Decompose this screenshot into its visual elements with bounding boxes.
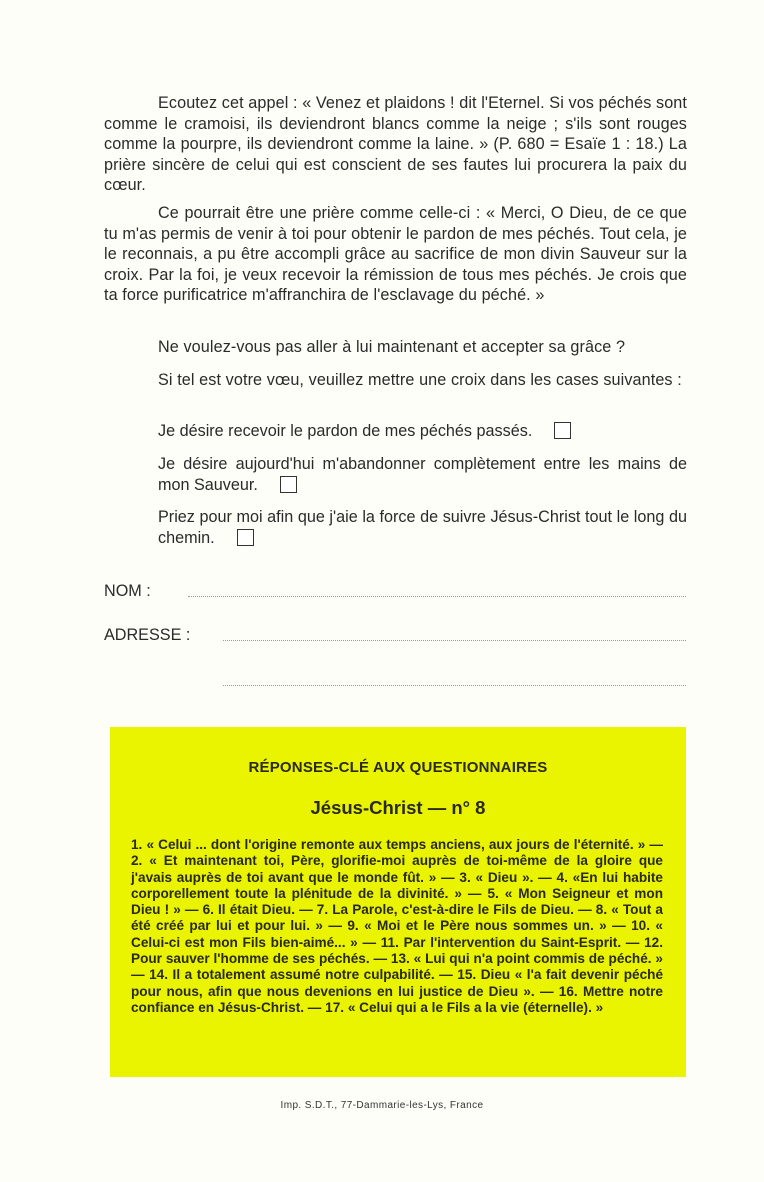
imprint: Imp. S.D.T., 77-Dammarie-les-Lys, France [0,1100,764,1111]
checkbox-abandon[interactable] [280,476,297,493]
answers-title: RÉPONSES-CLÉ AUX QUESTIONNAIRES [110,759,686,776]
checkbox-pardon[interactable] [554,422,571,439]
answers-box: RÉPONSES-CLÉ AUX QUESTIONNAIRES Jésus-Ch… [110,727,686,1077]
name-label: NOM : [104,582,151,601]
option-abandon: Je désire aujourd'hui m'abandonner compl… [158,454,687,495]
prayer-paragraph: Ce pourrait être une prière comme celle-… [104,203,687,306]
appeal-paragraph: Ecoutez cet appel : « Venez et plaidons … [104,93,687,196]
address-field-line-1[interactable] [223,640,686,641]
option-pardon: Je désire recevoir le pardon de mes péch… [158,421,687,442]
question-paragraph: Ne voulez-vous pas aller à lui maintenan… [104,337,687,358]
checkbox-prayer[interactable] [237,529,254,546]
option-label: Je désire recevoir le pardon de mes péch… [158,422,532,440]
address-field-line-2[interactable] [223,685,686,686]
answers-subtitle: Jésus-Christ — n° 8 [110,797,686,819]
address-label: ADRESSE : [104,626,190,645]
name-field[interactable] [188,596,686,597]
option-label: Je désire aujourd'hui m'abandonner compl… [158,455,687,494]
answers-text: 1. « Celui ... dont l'origine remonte au… [131,837,663,1016]
instruction-paragraph: Si tel est votre vœu, veuillez mettre un… [104,370,687,391]
option-prayer: Priez pour moi afin que j'aie la force d… [158,507,687,548]
